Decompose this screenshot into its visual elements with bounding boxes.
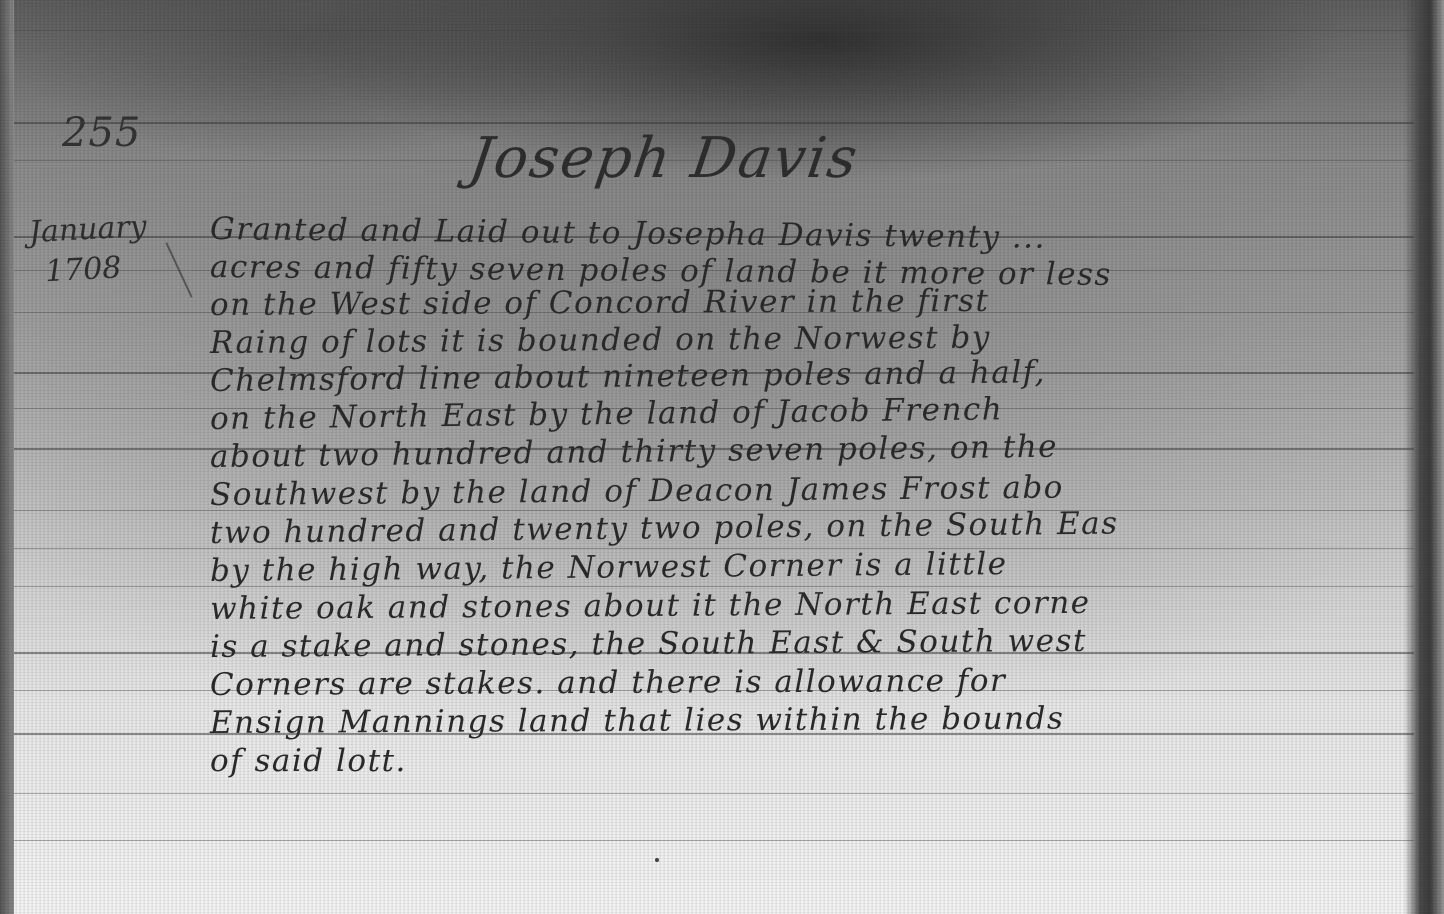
ink-speck [655, 858, 659, 862]
margin-date: January 1708 [28, 207, 150, 293]
text-line: of said lott. [210, 742, 1420, 780]
margin-month: January [28, 207, 148, 253]
deed-text: Granted and Laid out to Josepha Davis tw… [210, 210, 1420, 780]
text-line: is a stake and stones, the South East & … [210, 620, 1420, 666]
ruled-line [14, 30, 1414, 31]
text-line: Ensign Mannings land that lies within th… [210, 698, 1420, 742]
text-line: Corners are stakes. and there is allowan… [210, 660, 1420, 704]
manuscript-page: 255 Joseph Davis January 1708 Granted an… [0, 0, 1444, 914]
entry-heading: Joseph Davis [465, 126, 862, 191]
margin-year: 1708 [30, 247, 150, 293]
page-number: 255 [62, 110, 141, 156]
ruled-line [14, 793, 1414, 794]
ruled-line [14, 122, 1414, 124]
page-left-edge [0, 0, 14, 914]
ruled-line [14, 840, 1414, 841]
